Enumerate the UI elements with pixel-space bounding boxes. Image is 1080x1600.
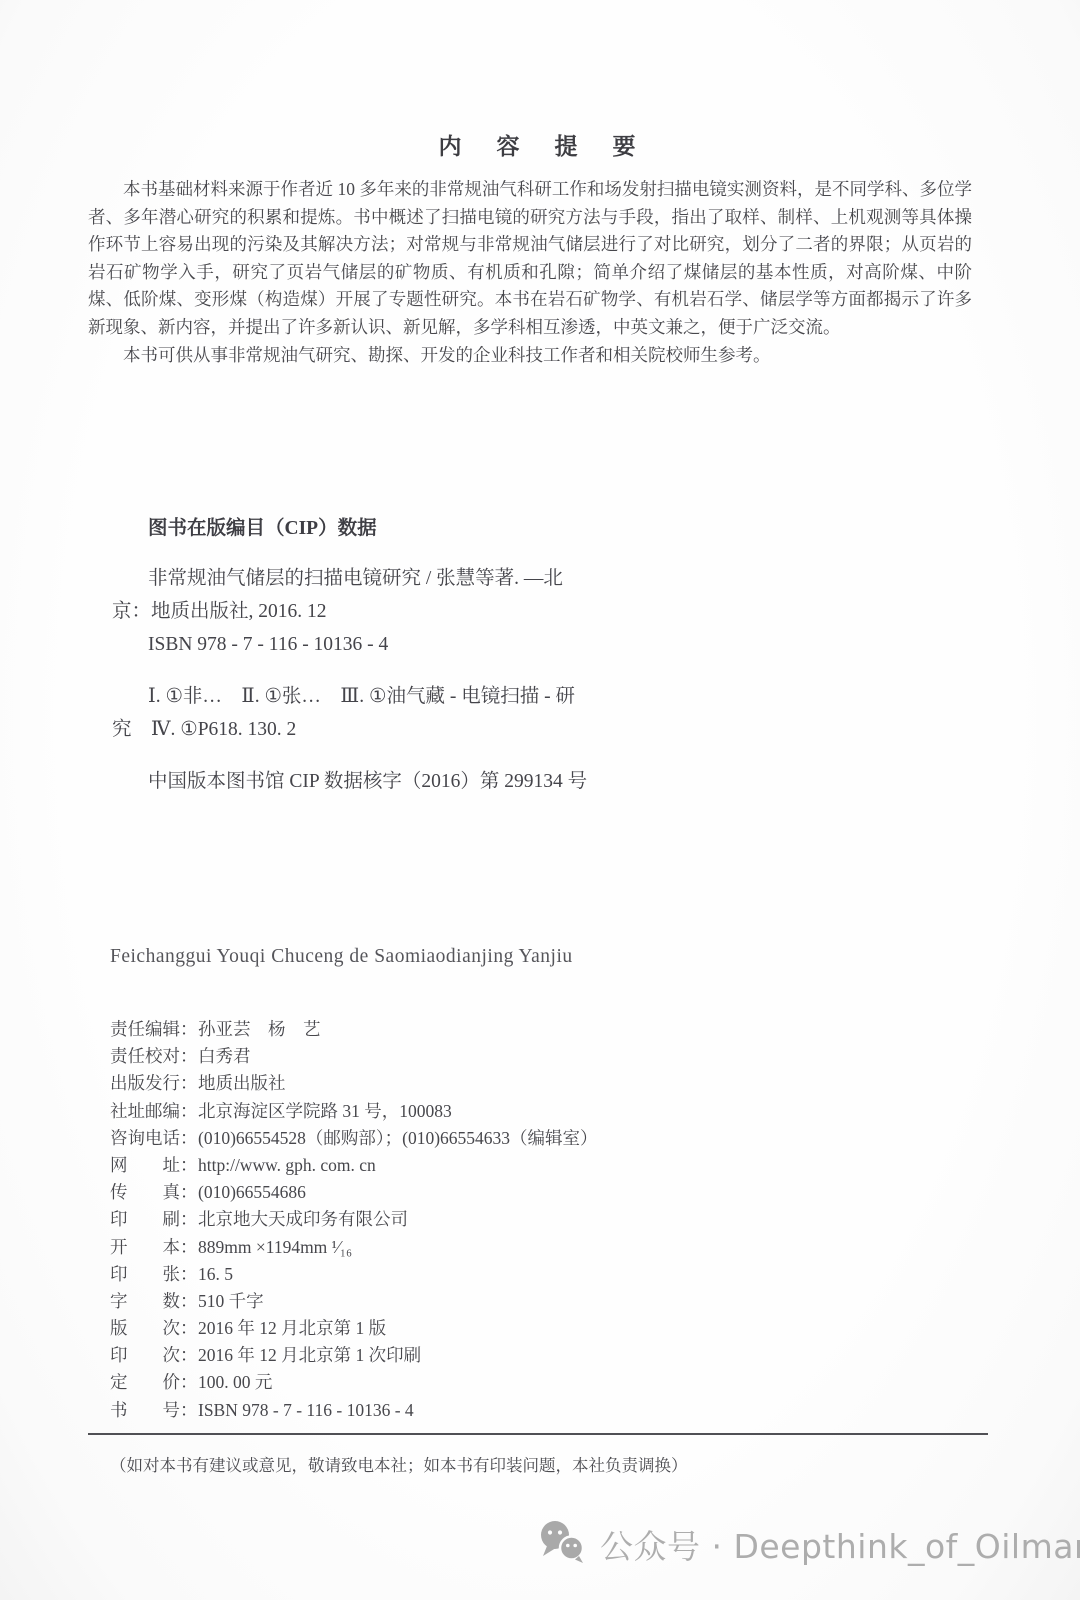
- summary-paragraph: 本书基础材料来源于作者近 10 多年来的非常规油气科研工作和场发射扫描电镜实测资…: [88, 176, 972, 342]
- divider-rule: [88, 1433, 988, 1435]
- content-summary-title: 内 容 提 要: [0, 128, 1080, 161]
- cip-title-line: 非常规油气储层的扫描电镜研究 / 张慧等著. —北: [112, 562, 752, 595]
- colophon-label: 字 数：: [110, 1288, 198, 1313]
- colophon-label: 版 次：: [110, 1315, 198, 1340]
- colophon: 责任编辑：孙亚芸 杨 艺 责任校对：白秀君 出版发行：地质出版社 社址邮编：北京…: [110, 1016, 990, 1424]
- colophon-row-impression: 印 次：2016 年 12 月北京第 1 次印刷: [110, 1342, 990, 1369]
- wechat-watermark: 公众号 · Deepthink_of_Oilman_: [538, 1520, 1080, 1569]
- colophon-value: (010)66554686: [198, 1182, 306, 1202]
- colophon-row-publisher: 出版发行：地质出版社: [110, 1070, 990, 1097]
- colophon-value: 北京海淀区学院路 31 号，100083: [198, 1101, 452, 1121]
- cip-classification-line: Ⅰ. ①非… Ⅱ. ①张… Ⅲ. ①油气藏 - 电镜扫描 - 研: [112, 680, 752, 713]
- colophon-row-wordcount: 字 数：510 千字: [110, 1288, 990, 1315]
- colophon-label: 出版发行：: [110, 1070, 198, 1095]
- colophon-label: 责任校对：: [110, 1043, 198, 1068]
- colophon-row-edition: 版 次：2016 年 12 月北京第 1 版: [110, 1315, 990, 1342]
- colophon-value: 白秀君: [198, 1046, 251, 1066]
- colophon-value: 北京地大天成印务有限公司: [198, 1209, 408, 1229]
- colophon-label: 印 张：: [110, 1261, 198, 1286]
- colophon-row-printer: 印 刷：北京地大天成印务有限公司: [110, 1206, 990, 1233]
- colophon-label: 开 本：: [110, 1234, 198, 1259]
- cip-record-number-line: 中国版本图书馆 CIP 数据核字（2016）第 299134 号: [112, 765, 752, 798]
- colophon-row-isbn: 书 号：ISBN 978 - 7 - 116 - 10136 - 4: [110, 1397, 990, 1424]
- content-summary-body: 本书基础材料来源于作者近 10 多年来的非常规油气科研工作和场发射扫描电镜实测资…: [88, 176, 972, 369]
- colophon-value: 100. 00 元: [198, 1372, 272, 1392]
- colophon-value: 地质出版社: [198, 1073, 286, 1093]
- colophon-value: 16. 5: [198, 1264, 233, 1284]
- colophon-label: 传 真：: [110, 1179, 198, 1204]
- colophon-value: (010)66554528（邮购部）；(010)66554633（编辑室）: [198, 1128, 598, 1148]
- colophon-value: 孙亚芸 杨 艺: [198, 1019, 321, 1039]
- colophon-row-fax: 传 真：(010)66554686: [110, 1179, 990, 1206]
- colophon-label: 印 次：: [110, 1342, 198, 1367]
- colophon-label: 责任编辑：: [110, 1016, 198, 1041]
- pinyin-title: Feichanggui Youqi Chuceng de Saomiaodian…: [110, 946, 573, 968]
- colophon-value: 889mm ×1194mm ¹⁄₁₆: [198, 1237, 352, 1257]
- colophon-row-sheets: 印 张：16. 5: [110, 1261, 990, 1288]
- cip-publisher-line: 京：地质出版社, 2016. 12: [112, 595, 752, 628]
- colophon-row-address: 社址邮编：北京海淀区学院路 31 号，100083: [110, 1098, 990, 1125]
- colophon-label: 网 址：: [110, 1152, 198, 1177]
- summary-paragraph: 本书可供从事非常规油气研究、勘探、开发的企业科技工作者和相关院校师生参考。: [88, 342, 972, 370]
- colophon-row-editor: 责任编辑：孙亚芸 杨 艺: [110, 1016, 990, 1043]
- wechat-icon: [538, 1520, 586, 1569]
- colophon-row-price: 定 价：100. 00 元: [110, 1369, 990, 1396]
- colophon-label: 社址邮编：: [110, 1098, 198, 1123]
- cip-header: 图书在版编目（CIP）数据: [112, 512, 752, 545]
- colophon-row-website: 网 址：http://www. gph. com. cn: [110, 1152, 990, 1179]
- colophon-label: 书 号：: [110, 1397, 198, 1422]
- cip-classification-line: 究 Ⅳ. ①P618. 130. 2: [112, 713, 752, 746]
- colophon-value: ISBN 978 - 7 - 116 - 10136 - 4: [198, 1400, 414, 1420]
- colophon-label: 定 价：: [110, 1369, 198, 1394]
- watermark-text: 公众号 · Deepthink_of_Oilman_: [600, 1521, 1080, 1568]
- colophon-value: 2016 年 12 月北京第 1 版: [198, 1318, 386, 1338]
- cip-isbn-line: ISBN 978 - 7 - 116 - 10136 - 4: [112, 628, 752, 661]
- colophon-label: 咨询电话：: [110, 1125, 198, 1150]
- colophon-label: 印 刷：: [110, 1206, 198, 1231]
- feedback-note: （如对本书有建议或意见，敬请致电本社；如本书有印装问题，本社负责调换）: [110, 1452, 688, 1476]
- colophon-value: http://www. gph. com. cn: [198, 1155, 376, 1175]
- colophon-row-phone: 咨询电话：(010)66554528（邮购部）；(010)66554633（编辑…: [110, 1125, 990, 1152]
- colophon-row-proofreader: 责任校对：白秀君: [110, 1043, 990, 1070]
- colophon-value: 510 千字: [198, 1291, 264, 1311]
- book-copyright-page: 内 容 提 要 本书基础材料来源于作者近 10 多年来的非常规油气科研工作和场发…: [0, 0, 1080, 1600]
- colophon-row-format: 开 本：889mm ×1194mm ¹⁄₁₆: [110, 1234, 990, 1261]
- cip-data-block: 图书在版编目（CIP）数据 非常规油气储层的扫描电镜研究 / 张慧等著. —北 …: [112, 512, 752, 798]
- colophon-value: 2016 年 12 月北京第 1 次印刷: [198, 1345, 421, 1365]
